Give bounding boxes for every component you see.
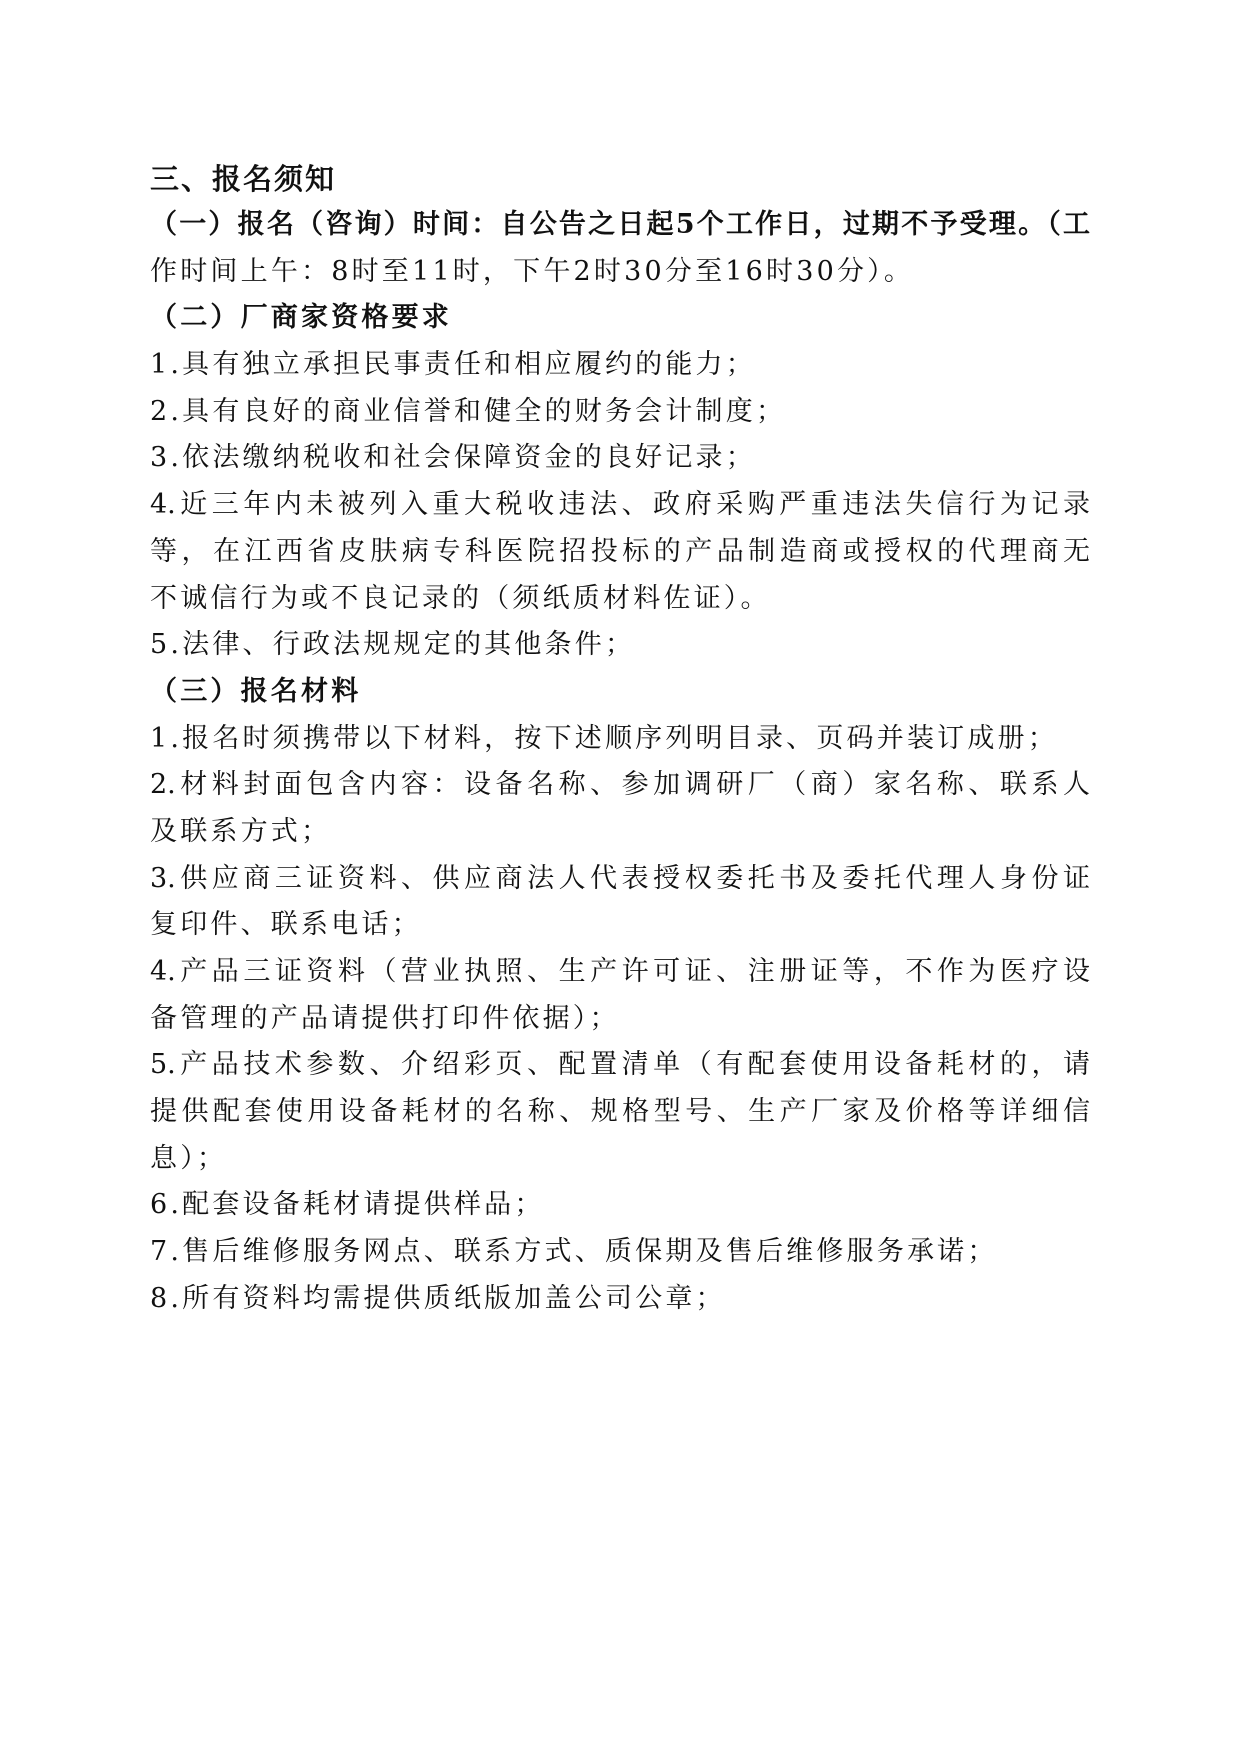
document-page: 三、报名须知 （一）报名（咨询）时间：自公告之日起5个工作日，过期不予受理。（工…: [150, 156, 1090, 1323]
materials-item-4-line-1: 4.产品三证资料（营业执照、生产许可证、注册证等，不作为医疗设: [150, 949, 1090, 996]
materials-item-6: 6.配套设备耗材请提供样品；: [150, 1182, 1090, 1229]
registration-time-line-1: （一）报名（咨询）时间：自公告之日起5个工作日，过期不予受理。（工: [150, 202, 1090, 249]
qualification-item-4-line-1: 4.近三年内未被列入重大税收违法、政府采购严重违法失信行为记录: [150, 482, 1090, 529]
qualification-item-4-line-3: 不诚信行为或不良记录的（须纸质材料佐证）。: [150, 576, 1090, 623]
materials-item-4-line-2: 备管理的产品请提供打印件依据）；: [150, 996, 1090, 1043]
materials-heading: （三）报名材料: [150, 669, 1090, 716]
materials-item-5-line-3: 息）；: [150, 1136, 1090, 1183]
materials-item-5-line-1: 5.产品技术参数、介绍彩页、配置清单（有配套使用设备耗材的，请: [150, 1042, 1090, 1089]
materials-item-1: 1.报名时须携带以下材料，按下述顺序列明目录、页码并装订成册；: [150, 716, 1090, 763]
materials-item-8: 8.所有资料均需提供质纸版加盖公司公章；: [150, 1276, 1090, 1323]
materials-item-2-line-1: 2.材料封面包含内容：设备名称、参加调研厂（商）家名称、联系人: [150, 762, 1090, 809]
qualification-item-5: 5.法律、行政法规规定的其他条件；: [150, 622, 1090, 669]
materials-item-7: 7.售后维修服务网点、联系方式、质保期及售后维修服务承诺；: [150, 1229, 1090, 1276]
materials-item-2-line-2: 及联系方式；: [150, 809, 1090, 856]
section-title: 三、报名须知: [150, 156, 1090, 202]
qualification-item-4-line-2: 等，在江西省皮肤病专科医院招投标的产品制造商或授权的代理商无: [150, 529, 1090, 576]
materials-item-3-line-2: 复印件、联系电话；: [150, 902, 1090, 949]
qualification-item-2: 2.具有良好的商业信誉和健全的财务会计制度；: [150, 389, 1090, 436]
materials-item-5-line-2: 提供配套使用设备耗材的名称、规格型号、生产厂家及价格等详细信: [150, 1089, 1090, 1136]
materials-item-3-line-1: 3.供应商三证资料、供应商法人代表授权委托书及委托代理人身份证: [150, 856, 1090, 903]
registration-time-line-2: 作时间上午：8时至11时，下午2时30分至16时30分）。: [150, 249, 1090, 296]
qualification-heading: （二）厂商家资格要求: [150, 295, 1090, 342]
qualification-item-3: 3.依法缴纳税收和社会保障资金的良好记录；: [150, 435, 1090, 482]
qualification-item-1: 1.具有独立承担民事责任和相应履约的能力；: [150, 342, 1090, 389]
